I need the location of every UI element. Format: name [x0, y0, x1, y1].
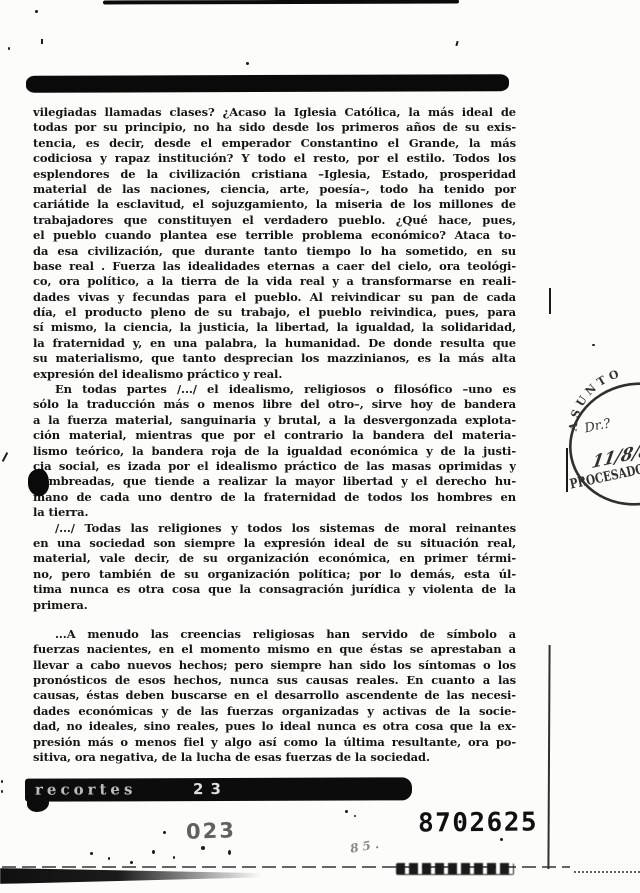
text-line: ción material, mientras que por el contr… — [33, 428, 516, 443]
text-line: presión más o menos fiel y algo así como… — [33, 735, 516, 750]
text-line: llevar a cabo nuevos hechos; pero siempr… — [33, 658, 516, 673]
ink-speck — [246, 62, 249, 65]
ink-speck — [2, 452, 8, 462]
text-line: su materialismo, que tanto desprecian lo… — [33, 351, 516, 366]
stamp-graphic: ASUNTO Dr.? I 11/8/8 PROCESADO Fc — [545, 366, 640, 526]
ink-speck — [201, 846, 205, 850]
procesado-stamp: ASUNTO Dr.? I 11/8/8 PROCESADO Fc — [545, 366, 640, 526]
text-line: codiciosa y rapaz institución? Y todo el… — [33, 151, 516, 166]
ink-speck — [152, 850, 155, 854]
text-line: /.../ Todas las religiones y todos los s… — [33, 521, 516, 536]
text-line: mano de cada uno dentro de la fraternida… — [33, 490, 516, 505]
ink-speck — [455, 41, 458, 46]
text-line: esplendores de la civilización cristiana… — [33, 167, 516, 182]
document-text: vilegiadas llamadas clases? ¿Acaso la Ig… — [33, 105, 516, 765]
scan-edge-line — [103, 0, 459, 4]
text-line: da esa civilización, que durante tanto t… — [33, 244, 516, 259]
text-line: lismo teórico, la bandera roja de la igu… — [33, 444, 516, 459]
ink-speck — [228, 850, 231, 855]
ink-speck — [1, 790, 3, 793]
ink-speck — [35, 10, 38, 13]
margin-tick — [549, 288, 551, 314]
ink-speck — [90, 852, 93, 855]
text-line: dades vivas y fecundas para el pueblo. A… — [33, 290, 516, 305]
paragraph: ...A menudo las creencias religiosas han… — [33, 627, 516, 766]
ink-blot — [28, 469, 49, 496]
ink-smudge — [0, 868, 262, 884]
text-line: el pueblo cuando plantea ese terrible pr… — [33, 228, 516, 243]
text-line: todas por su principio, no ha sido desde… — [33, 120, 516, 135]
text-line: la tierra. — [33, 505, 516, 520]
text-line: tencia, es decir, desde el emperador Con… — [33, 136, 516, 151]
page-number-stamp: 023 — [186, 818, 237, 844]
ink-speck — [354, 815, 356, 817]
paragraph: vilegiadas llamadas clases? ¿Acaso la Ig… — [33, 105, 516, 382]
ink-speck — [41, 39, 43, 44]
text-line: base real . Fuerza las idealidades etern… — [33, 259, 516, 274]
stamp-note: Dr.? — [582, 416, 613, 437]
text-line: pronósticos de esos hechos, nunca sus ca… — [33, 673, 516, 688]
scanned-document-page: { "page": { "background": "#fcfcfb", "in… — [0, 0, 640, 893]
text-line: ...A menudo las creencias religiosas han… — [33, 627, 516, 642]
ink-speck — [1, 780, 3, 783]
document-number-stamp: 8702625 — [418, 807, 538, 838]
text-line: fuerzas nacientes, en el momento mismo e… — [33, 642, 516, 657]
text-line: primera. — [33, 598, 516, 613]
text-line: día, el producto pleno de su trabajo, el… — [33, 305, 516, 320]
text-line: cia social, es izada por el idealismo pr… — [33, 459, 516, 474]
ink-speck — [108, 857, 110, 860]
text-line: tima nunca es otra cosa que la consagrac… — [33, 582, 516, 597]
margin-rule — [547, 645, 550, 869]
text-line: material de las naciones, ciencia, arte,… — [33, 182, 516, 197]
recortes-label: recortes — [35, 781, 136, 798]
paragraph: /.../ Todas las religiones y todos los s… — [33, 521, 516, 613]
text-line: en una sociedad son siempre la expresión… — [33, 536, 516, 551]
text-line: cariátide la esclavitud, el sojuzgamient… — [33, 197, 516, 212]
ink-speck — [130, 861, 133, 864]
text-line: expresión del idealismo práctico y real. — [33, 367, 516, 382]
ink-speck — [163, 831, 166, 834]
ink-blot — [27, 795, 49, 812]
text-line: sí mismo, la ciencia, la justicia, la li… — [33, 320, 516, 335]
text-line: material, vale decir, de su organización… — [33, 551, 516, 566]
dotted-trail — [574, 871, 640, 873]
text-line: causas, éstas deben buscarse en el desar… — [33, 688, 516, 703]
text-line: En todas partes /.../ el idealismo, reli… — [33, 382, 516, 397]
text-line: a la fuerza material, sanguinaria y brut… — [33, 413, 516, 428]
text-line: dad, no ideales, sino reales, pues lo id… — [33, 719, 516, 734]
paragraph: En todas partes /.../ el idealismo, reli… — [33, 382, 516, 521]
text-line: hambreadas, que tiende a realizar la may… — [33, 474, 516, 489]
text-line: sólo la traducción más o menos libre del… — [33, 397, 516, 412]
ink-speck — [8, 47, 10, 50]
text-line: vilegiadas llamadas clases? ¿Acaso la Ig… — [33, 105, 516, 120]
recortes-bar: recortes 23 — [25, 777, 412, 801]
redaction-bar-top — [26, 74, 509, 93]
text-line: no, pero también de su organización polí… — [33, 567, 516, 582]
bar-number: 23 — [193, 781, 228, 798]
faint-pencil-mark: 85. — [349, 836, 384, 855]
ink-speck — [500, 838, 503, 841]
text-line: la fraternidad y, en una palabra, la hum… — [33, 336, 516, 351]
ink-speck — [592, 344, 595, 346]
text-line: trabajadores que constituyen el verdader… — [33, 213, 516, 228]
illegible-bleedthrough-text — [396, 863, 514, 875]
text-line: dades económicas y de las fuerzas organi… — [33, 704, 516, 719]
ink-speck — [173, 856, 175, 859]
ink-speck — [345, 810, 348, 813]
text-line: sitiva, ora negativa, de la lucha de esa… — [33, 750, 516, 765]
text-line: co, ora político, a la tierra de la vida… — [33, 274, 516, 289]
